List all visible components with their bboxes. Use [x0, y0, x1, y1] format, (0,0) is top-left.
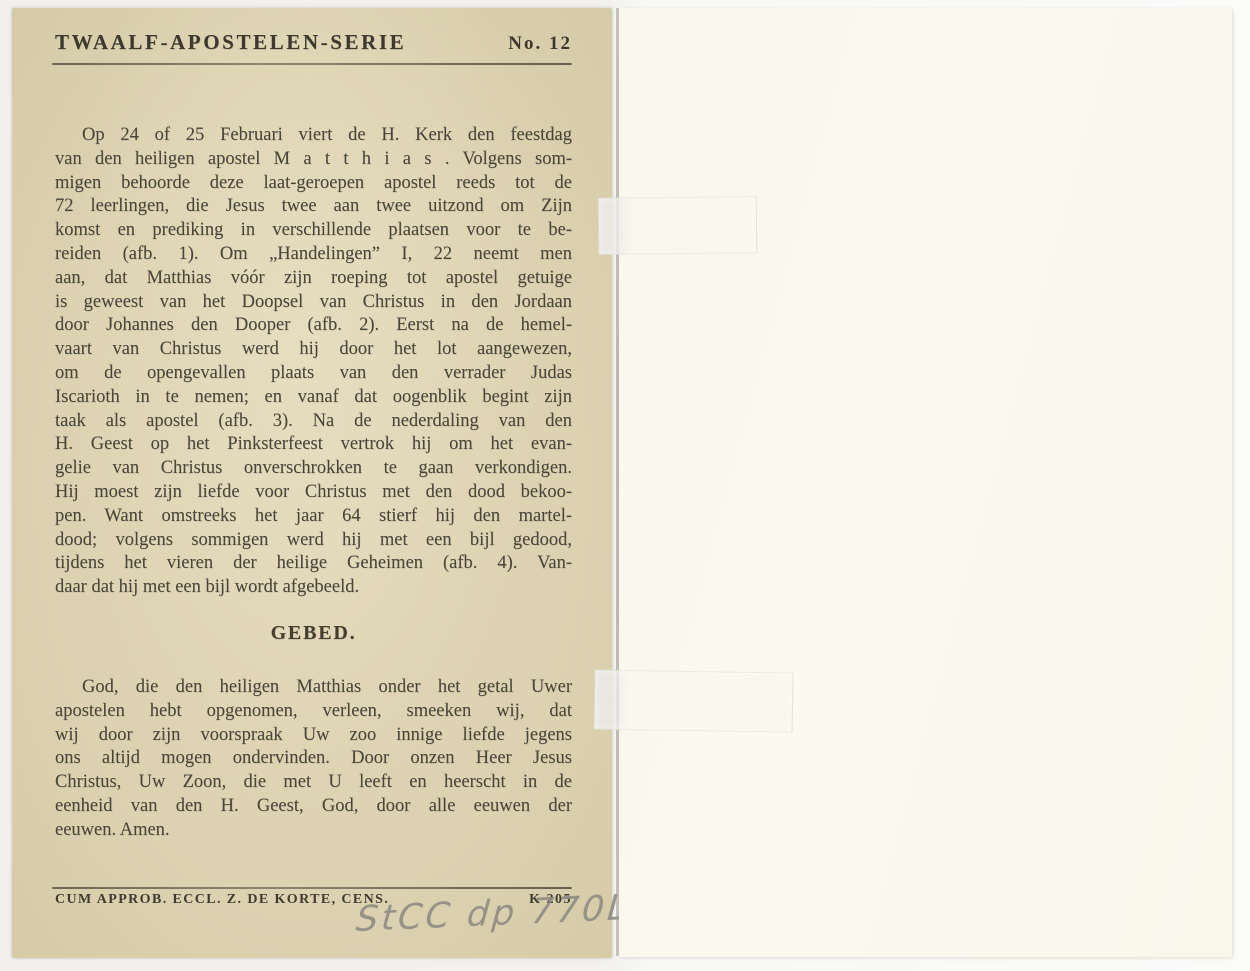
- header-rule: [52, 63, 572, 65]
- card-header: TWAALF-APOSTELEN-SERIE No. 12: [55, 30, 572, 55]
- tape-strip-top: [598, 196, 758, 255]
- main-paragraph: Op 24 of 25 Februari viert de H. Kerk de…: [55, 124, 572, 600]
- body-text-line: Op 24 of 25 Februari viert de H. Kerk de…: [55, 124, 572, 148]
- card-body-text: Op 24 of 25 Februari viert de H. Kerk de…: [55, 124, 572, 843]
- scan-background: TWAALF-APOSTELEN-SERIE No. 12 Op 24 of 2…: [0, 0, 1250, 971]
- body-text-line: ons altijd mogen ondervinden. Door onzen…: [55, 747, 572, 771]
- prayer-heading: GEBED.: [55, 620, 572, 646]
- body-text-line: om de opengevallen plaats van den verrad…: [55, 362, 572, 386]
- series-title: TWAALF-APOSTELEN-SERIE: [55, 30, 406, 55]
- body-text-line: migen behoorde deze laat-geroepen aposte…: [55, 172, 572, 196]
- body-text-line: reiden (afb. 1). Om „Handelingen” I, 22 …: [55, 243, 572, 267]
- body-text-line: Christus, Uw Zoon, die met U leeft en he…: [55, 771, 572, 795]
- card-number: No. 12: [508, 33, 572, 55]
- body-text-line: tijdens het vieren der heilige Geheimen …: [55, 552, 572, 576]
- footer-rule: [52, 887, 572, 889]
- body-text-line: is geweest van het Doopsel van Christus …: [55, 291, 572, 315]
- body-text-line: eenheid van den H. Geest, God, door alle…: [55, 795, 572, 819]
- prayer-card-page: TWAALF-APOSTELEN-SERIE No. 12 Op 24 of 2…: [12, 8, 612, 958]
- body-text-line: eeuwen. Amen.: [55, 819, 572, 843]
- body-text-line: komst en prediking in verschillende plaa…: [55, 219, 572, 243]
- body-text-line: apostelen hebt opgenomen, verleen, smeek…: [55, 700, 572, 724]
- body-text-line: pen. Want omstreeks het jaar 64 stierf h…: [55, 505, 572, 529]
- body-text-line: God, die den heiligen Matthias onder het…: [55, 676, 572, 700]
- body-text-line: dood; volgens sommigen werd hij met een …: [55, 529, 572, 553]
- body-text-line: Hij moest zijn liefde voor Christus met …: [55, 481, 572, 505]
- body-text-line: van den heiligen apostel M a t t h i a s…: [55, 148, 572, 172]
- tape-strip-bottom: [594, 669, 794, 732]
- body-text-line: taak als apostel (afb. 3). Na de nederda…: [55, 410, 572, 434]
- body-text-line: daar dat hij met een bijl wordt afgebeel…: [55, 576, 572, 600]
- body-text-line: wij door zijn voorspraak Uw zoo innige l…: [55, 724, 572, 748]
- body-text-line: gelie van Christus onverschrokken te gaa…: [55, 457, 572, 481]
- body-text-line: aan, dat Matthias vóór zijn roeping tot …: [55, 267, 572, 291]
- body-text-line: Iscarioth in te nemen; en vanaf dat ooge…: [55, 386, 572, 410]
- body-text-line: door Johannes den Dooper (afb. 2). Eerst…: [55, 314, 572, 338]
- prayer-paragraph: God, die den heiligen Matthias onder het…: [55, 676, 572, 843]
- blank-back-page: [619, 8, 1232, 957]
- body-text-line: vaart van Christus werd hij door het lot…: [55, 338, 572, 362]
- body-text-line: 72 leerlingen, die Jesus twee aan twee u…: [55, 195, 572, 219]
- body-text-line: H. Geest op het Pinksterfeest vertrok hi…: [55, 433, 572, 457]
- approbation-text: CUM APPROB. ECCL. Z. DE KORTE, CENS.: [55, 892, 389, 908]
